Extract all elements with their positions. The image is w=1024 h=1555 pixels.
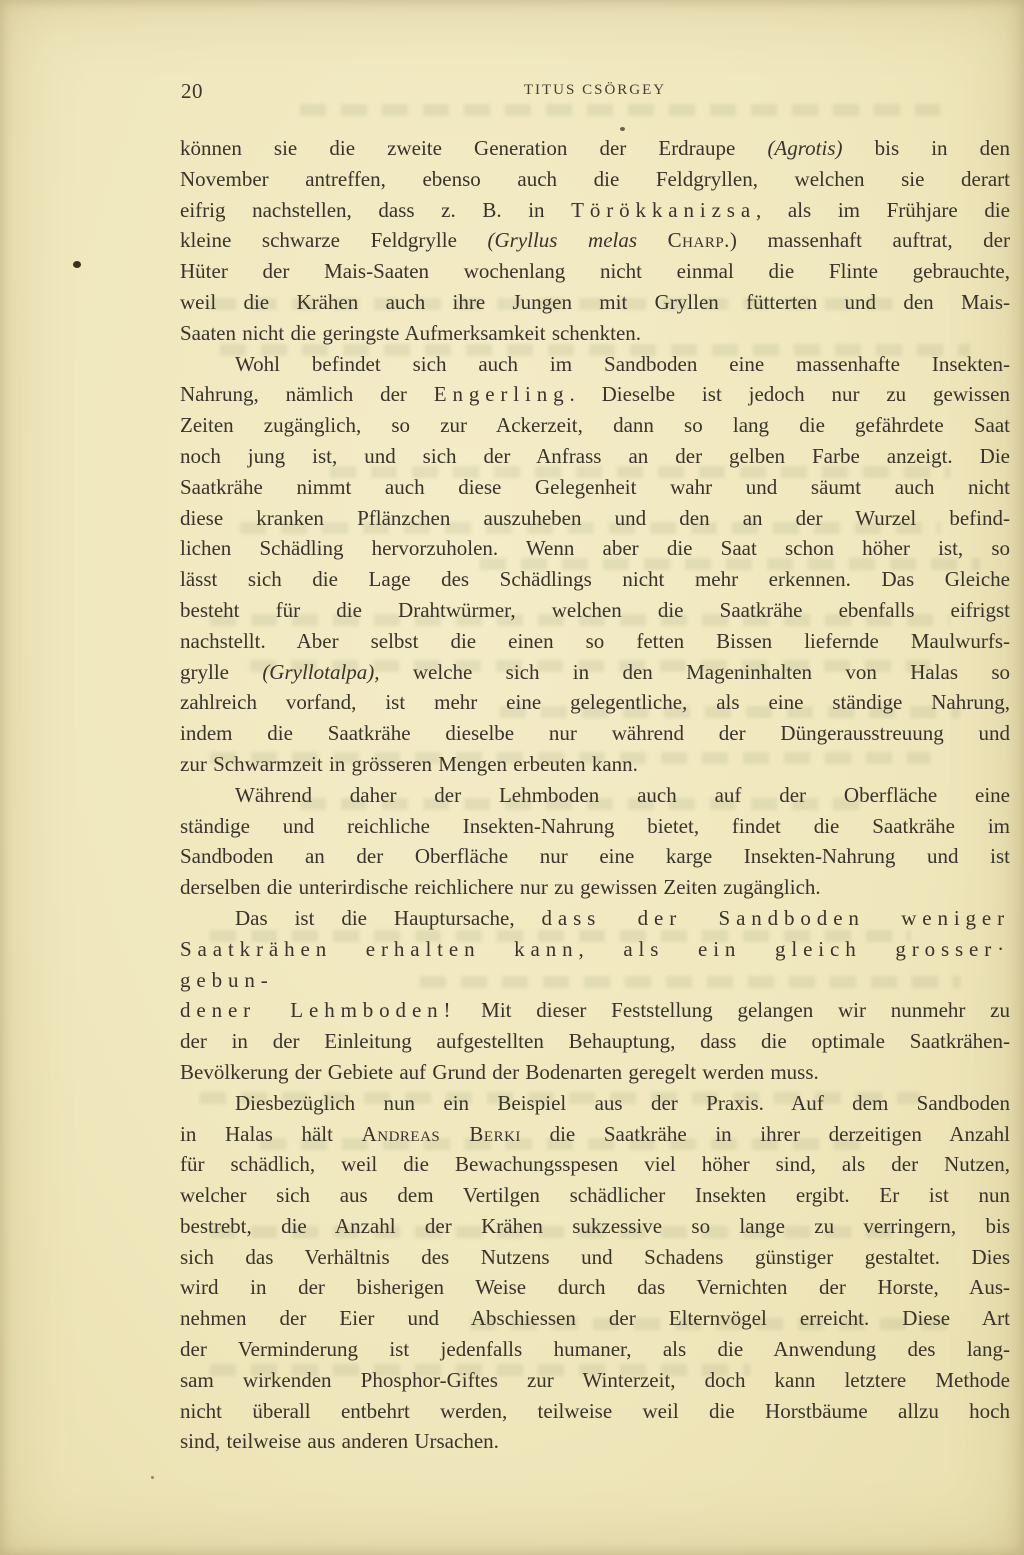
text-segment: sich das Verhältnis des Nutzens und Scha…: [180, 1245, 1010, 1269]
text-segment: Hüter der Mais-Saaten wochenlang nicht e…: [180, 259, 1010, 283]
text-segment: Das ist die Hauptursache,: [235, 906, 542, 930]
text-segment: lichen Schädling hervorzuholen. Wenn abe…: [180, 536, 1010, 560]
text-segment: grylle: [180, 660, 262, 684]
text-segment: bis in den: [843, 136, 1011, 160]
text-line: sam wirkenden Phosphor-Giftes zur Winter…: [180, 1365, 1010, 1396]
show-through-smudge: [300, 104, 940, 116]
text-line: ständige und reichliche Insekten-Nahrung…: [180, 811, 1010, 842]
text-segment: für schädlich, weil die Bewachungsspesen…: [180, 1152, 1010, 1176]
text-line: sich das Verhältnis des Nutzens und Scha…: [180, 1242, 1010, 1273]
text-segment: Sandboden an der Oberfläche nur eine kar…: [180, 844, 1010, 868]
text-segment: Saatkrähen erhalten kann, als ein gleich…: [180, 937, 1010, 992]
text-line: für schädlich, weil die Bewachungsspesen…: [180, 1149, 1010, 1180]
text-segment: Bevölkerung der Gebiete auf Grund der Bo…: [180, 1060, 819, 1084]
text-segment: sind, teilweise aus anderen Ursachen.: [180, 1429, 499, 1453]
text-line: Während daher der Lehmboden auch auf der…: [180, 780, 1010, 811]
text-segment: derselben die unterirdische reichlichere…: [180, 875, 821, 899]
text-segment: diese kranken Pflänzchen auszuheben und …: [180, 506, 1010, 530]
scanned-book-page: 20 TITUS CSÖRGEY können sie die zweite G…: [0, 0, 1024, 1555]
text-line: Diesbezüglich nun ein Beispiel aus der P…: [180, 1088, 1010, 1119]
text-segment: Engerling: [434, 382, 570, 406]
ink-speck: [73, 261, 81, 268]
text-segment: wird in der bisherigen Weise durch das V…: [180, 1275, 1010, 1299]
text-line: besteht für die Drahtwürmer, welchen die…: [180, 595, 1010, 626]
text-line: in Halas hält Andreas Berki die Saatkräh…: [180, 1119, 1010, 1150]
text-line: Saatkrähe nimmt auch diese Gelegenheit w…: [180, 472, 1010, 503]
text-segment: welche sich in den Mageninhalten von Hal…: [380, 660, 1010, 684]
text-segment: nicht überall entbehrt werden, teilweise…: [180, 1399, 1010, 1423]
text-segment: nehmen der Eier und Abschiessen der Elte…: [180, 1306, 1010, 1330]
text-segment: eifrig nachstellen, dass z. B. in: [180, 198, 571, 222]
text-line: bestrebt, die Anzahl der Krähen sukzessi…: [180, 1211, 1010, 1242]
text-line: Zeiten zugänglich, so zur Ackerzeit, dan…: [180, 410, 1010, 441]
text-segment: November antreffen, ebenso auch die Feld…: [180, 167, 1010, 191]
text-segment: können sie die zweite Generation der Erd…: [180, 136, 767, 160]
page-header: 20 TITUS CSÖRGEY: [180, 79, 1010, 103]
text-line: zur Schwarmzeit in grösseren Mengen erbe…: [180, 749, 1010, 780]
text-segment: der Verminderung ist jedenfalls humaner,…: [180, 1337, 1010, 1361]
text-line: dener Lehmboden! Mit dieser Feststellung…: [180, 995, 1010, 1026]
text-segment: ständige und reichliche Insekten-Nahrung…: [180, 814, 1010, 838]
text-segment: Törökkanizsa: [571, 198, 756, 222]
text-segment: welcher sich aus dem Vertilgen schädlich…: [180, 1183, 1010, 1207]
text-segment: weil die Krähen auch ihre Jungen mit Gry…: [180, 290, 1010, 314]
text-segment: , als im Frühjare die: [756, 198, 1010, 222]
text-segment: indem die Saatkrähe dieselbe nur während…: [180, 721, 1010, 745]
text-segment: . Dieselbe ist jedoch nur zu gewissen: [570, 382, 1010, 406]
text-segment: der in der Einleitung aufgestellten Beha…: [180, 1029, 1010, 1053]
text-line: eifrig nachstellen, dass z. B. in Törökk…: [180, 195, 1010, 226]
text-segment: dener Lehmboden!: [180, 998, 456, 1022]
text-line: weil die Krähen auch ihre Jungen mit Gry…: [180, 287, 1010, 318]
text-segment: Mit dieser Feststellung gelangen wir nun…: [456, 998, 1010, 1022]
text-line: Saatkrähen erhalten kann, als ein gleich…: [180, 934, 1010, 996]
text-line: der Verminderung ist jedenfalls humaner,…: [180, 1334, 1010, 1365]
text-segment: dass der Sandboden weniger: [542, 906, 1010, 930]
text-segment: sam wirkenden Phosphor-Giftes zur Winter…: [180, 1368, 1010, 1392]
text-segment: Nahrung, nämlich der: [180, 382, 434, 406]
text-line: wird in der bisherigen Weise durch das V…: [180, 1272, 1010, 1303]
text-segment: Charp.: [668, 228, 730, 252]
text-line: können sie die zweite Generation der Erd…: [180, 133, 1010, 164]
text-segment: Wohl befindet sich auch im Sandboden ein…: [235, 352, 1010, 376]
text-line: Das ist die Hauptursache, dass der Sandb…: [180, 903, 1010, 934]
text-line: grylle (Gryllotalpa), welche sich in den…: [180, 657, 1010, 688]
text-segment: Saatkrähe nimmt auch diese Gelegenheit w…: [180, 475, 1010, 499]
text-line: der in der Einleitung aufgestellten Beha…: [180, 1026, 1010, 1057]
text-line: indem die Saatkrähe dieselbe nur während…: [180, 718, 1010, 749]
text-line: Nahrung, nämlich der Engerling. Dieselbe…: [180, 379, 1010, 410]
text-segment: noch jung ist, und sich der Anfrass an d…: [180, 444, 1010, 468]
text-segment: Zeiten zugänglich, so zur Ackerzeit, dan…: [180, 413, 1010, 437]
text-line: zahlreich vorfand, ist mehr eine gelegen…: [180, 687, 1010, 718]
text-line: Bevölkerung der Gebiete auf Grund der Bo…: [180, 1057, 1010, 1088]
text-segment: Diesbezüglich nun ein Beispiel aus der P…: [235, 1091, 1010, 1115]
text-segment: lässt sich die Lage des Schädlings nicht…: [180, 567, 1010, 591]
text-line: Wohl befindet sich auch im Sandboden ein…: [180, 349, 1010, 380]
text-segment: kleine schwarze Feldgrylle: [180, 228, 487, 252]
text-line: Hüter der Mais-Saaten wochenlang nicht e…: [180, 256, 1010, 287]
ink-speck: [151, 1476, 154, 1479]
text-line: kleine schwarze Feldgrylle (Gryllus mela…: [180, 225, 1010, 256]
text-segment: Andreas Berki: [362, 1122, 521, 1146]
text-line: nachstellt. Aber selbst die einen so fet…: [180, 626, 1010, 657]
text-line: nehmen der Eier und Abschiessen der Elte…: [180, 1303, 1010, 1334]
text-segment: (Gryllus melas: [487, 228, 667, 252]
text-line: nicht überall entbehrt werden, teilweise…: [180, 1396, 1010, 1427]
text-segment: Während daher der Lehmboden auch auf der…: [235, 783, 1010, 807]
text-segment: (Gryllotalpa),: [262, 660, 379, 684]
text-segment: in Halas hält: [180, 1122, 362, 1146]
body-text: können sie die zweite Generation der Erd…: [180, 133, 1010, 1457]
text-line: sind, teilweise aus anderen Ursachen.: [180, 1426, 1010, 1457]
running-header: TITUS CSÖRGEY: [180, 82, 1010, 99]
text-line: lässt sich die Lage des Schädlings nicht…: [180, 564, 1010, 595]
text-segment: Saaten nicht die geringste Aufmerksamkei…: [180, 321, 641, 345]
text-line: Saaten nicht die geringste Aufmerksamkei…: [180, 318, 1010, 349]
text-line: welcher sich aus dem Vertilgen schädlich…: [180, 1180, 1010, 1211]
text-segment: (Agrotis): [767, 136, 842, 160]
text-segment: zur Schwarmzeit in grösseren Mengen erbe…: [180, 752, 638, 776]
text-line: lichen Schädling hervorzuholen. Wenn abe…: [180, 533, 1010, 564]
text-segment: bestrebt, die Anzahl der Krähen sukzessi…: [180, 1214, 1010, 1238]
text-line: Sandboden an der Oberfläche nur eine kar…: [180, 841, 1010, 872]
text-segment: zahlreich vorfand, ist mehr eine gelegen…: [180, 690, 1010, 714]
text-segment: ) massenhaft auftrat, der: [730, 228, 1010, 252]
text-segment: nachstellt. Aber selbst die einen so fet…: [180, 629, 1010, 653]
text-line: diese kranken Pflänzchen auszuheben und …: [180, 503, 1010, 534]
text-line: derselben die unterirdische reichlichere…: [180, 872, 1010, 903]
text-segment: die Saatkrähe in ihrer derzeitigen Anzah…: [521, 1122, 1010, 1146]
text-segment: besteht für die Drahtwürmer, welchen die…: [180, 598, 1010, 622]
text-line: noch jung ist, und sich der Anfrass an d…: [180, 441, 1010, 472]
text-line: November antreffen, ebenso auch die Feld…: [180, 164, 1010, 195]
ink-speck: [620, 127, 625, 131]
